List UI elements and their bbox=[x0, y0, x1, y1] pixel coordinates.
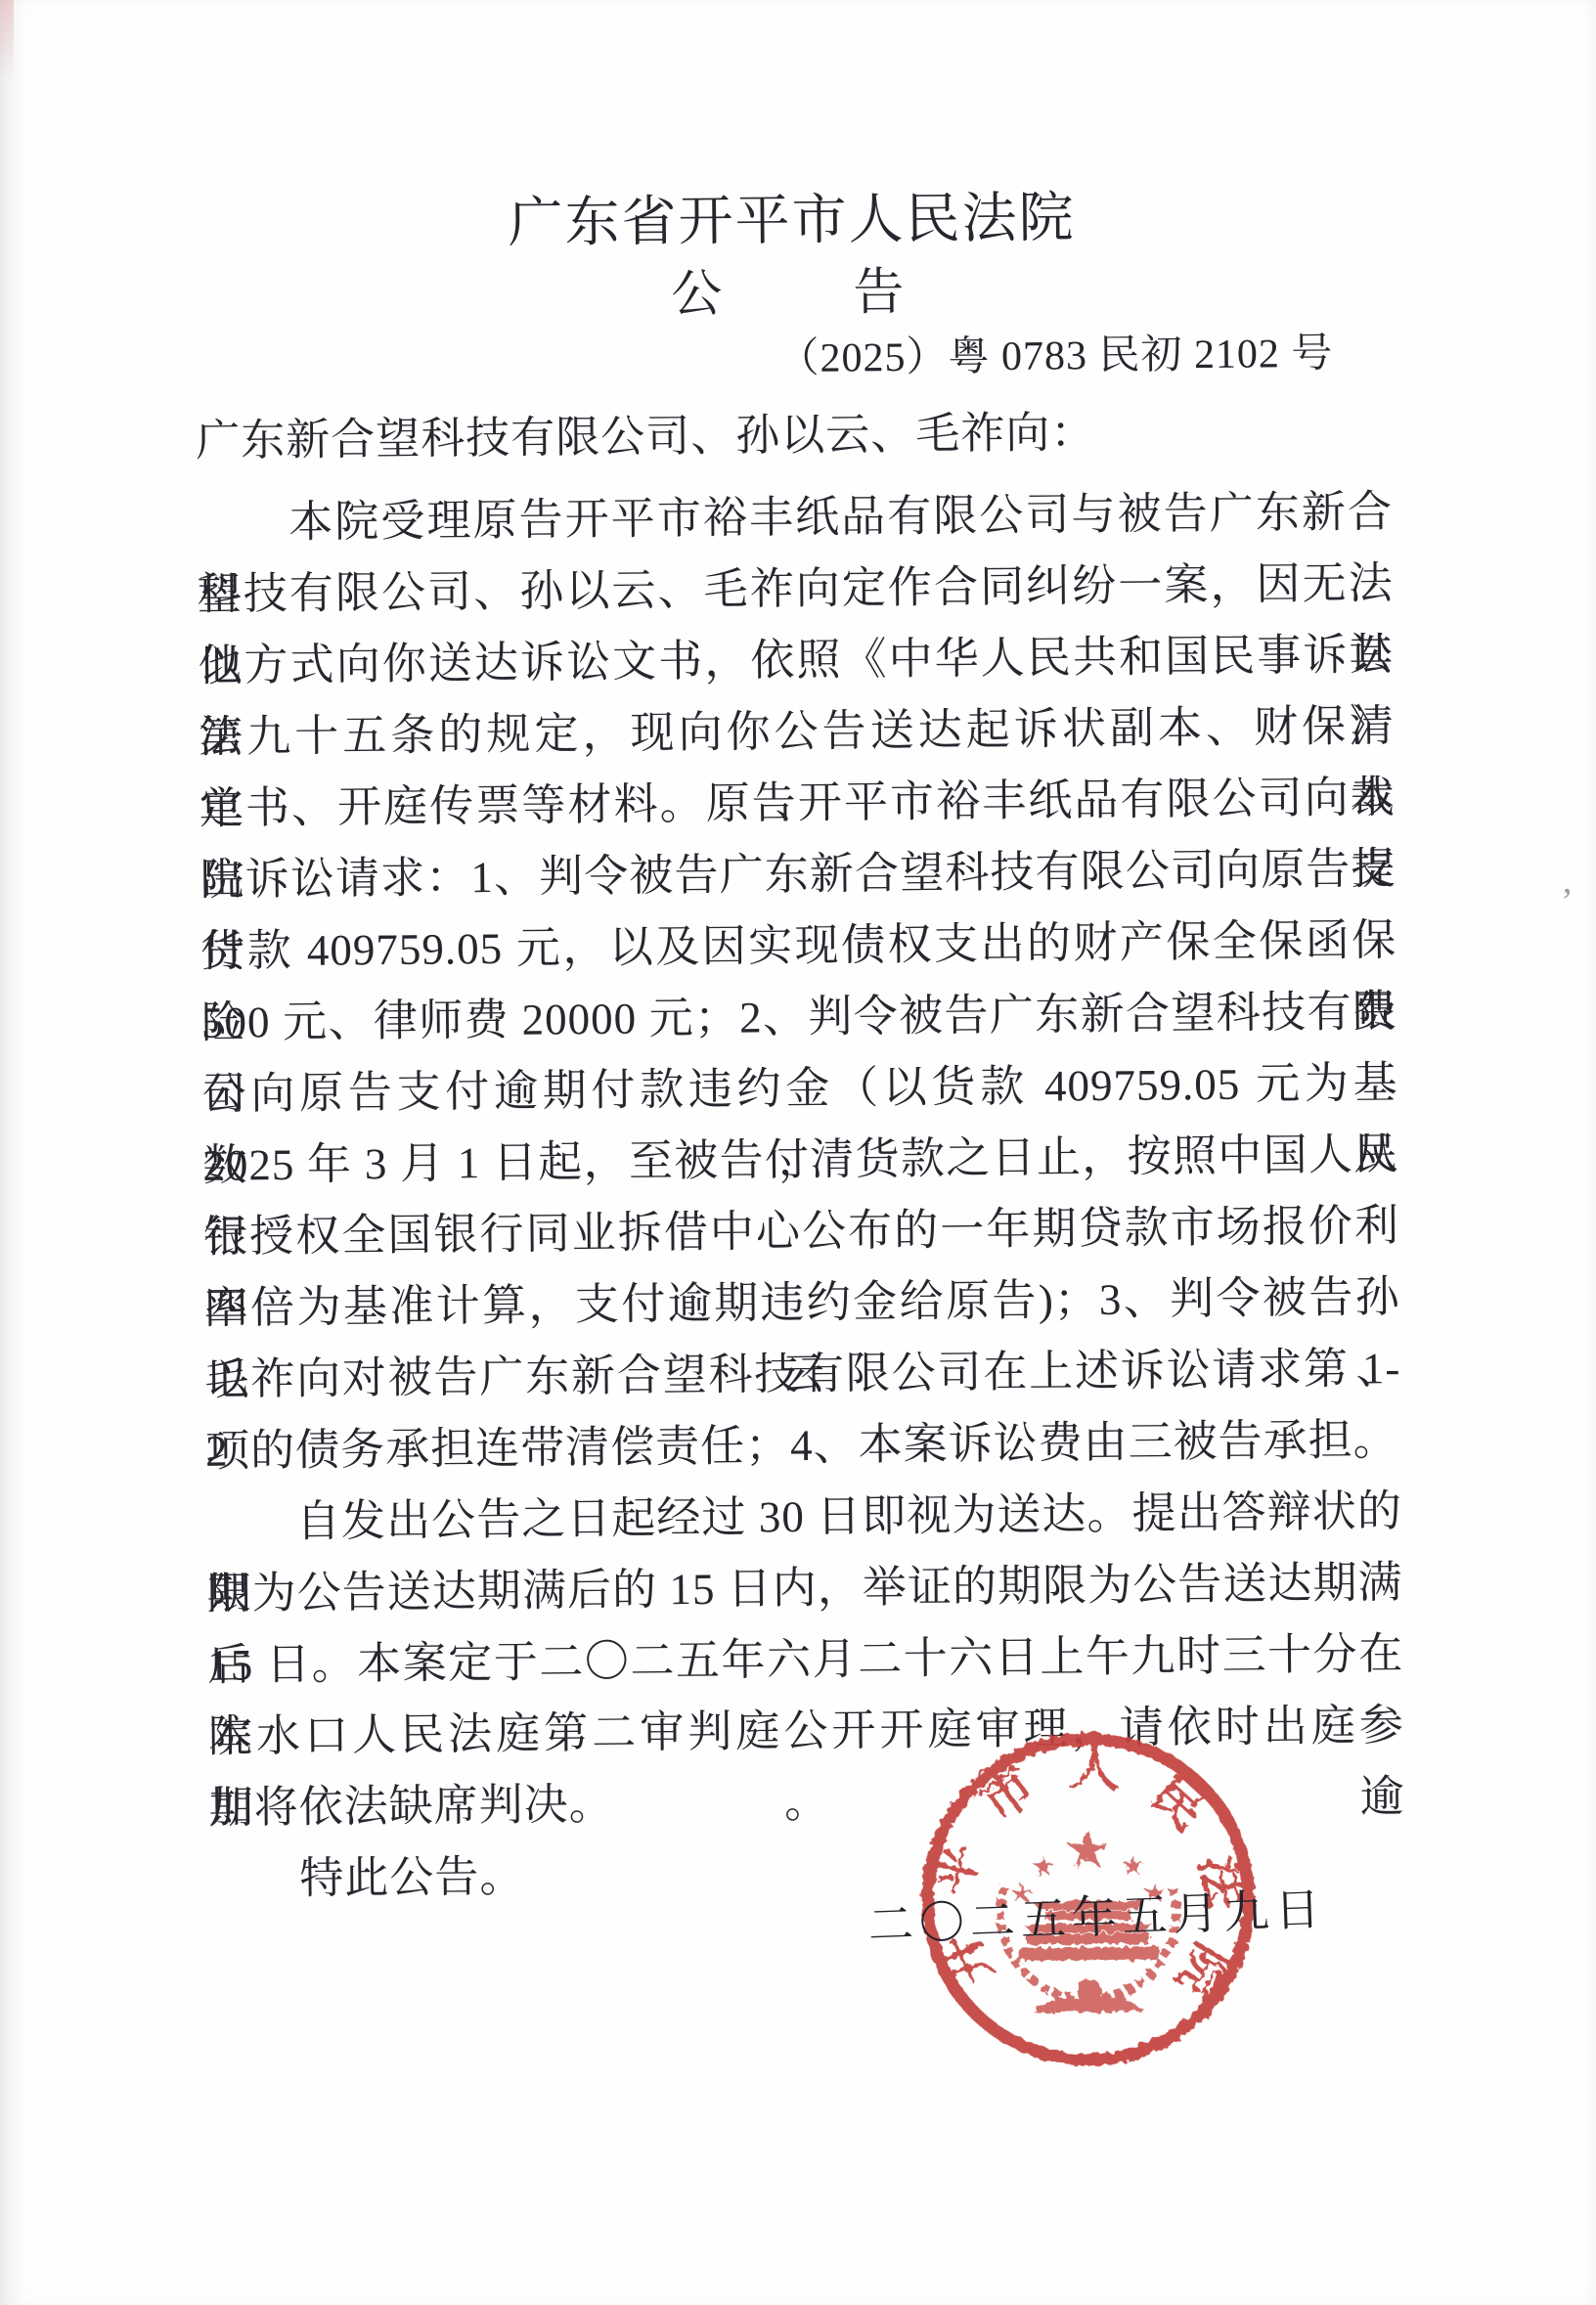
body-line: 定书、开庭传票等材料。原告开平市裕丰纸品有限公司向本院提 bbox=[199, 762, 1396, 845]
notice-body: 本院受理原告开平市裕丰纸品有限公司与被告广东新合望 科技有限公司、孙以云、毛祚向… bbox=[197, 476, 1406, 1916]
body-line: 项的债务承担连带清偿责任；4、本案诉讼费由三被告承担。 bbox=[205, 1404, 1402, 1487]
body-line: 行授权全国银行同业拆借中心公布的一年期贷款市场报价利率 bbox=[203, 1190, 1400, 1273]
body-line: 本院受理原告开平市裕丰纸品有限公司与被告广东新合望 bbox=[197, 476, 1394, 559]
body-line: 四倍为基准计算，支付逾期违约金给原告)；3、判令被告孙以云、 bbox=[203, 1262, 1400, 1345]
body-line: 科技有限公司、孙以云、毛祚向定作合同纠纷一案，因无法以其 bbox=[197, 548, 1394, 631]
notice-title: 公 告 bbox=[195, 259, 1392, 330]
document-page: ’ 广东省开平市人民法院 公 告 （2025）粤 0783 民初 2102 号 … bbox=[0, 0, 1596, 2305]
body-line: 司向原告支付逾期付款违约金（以货款 409759.05 元为基数，从 bbox=[201, 1047, 1398, 1130]
notice-content: 广东省开平市人民法院 公 告 （2025）粤 0783 民初 2102 号 广东… bbox=[0, 0, 1596, 2305]
body-line: 货款 409759.05 元，以及因实现债权支出的财产保全保函保险费 bbox=[200, 905, 1397, 988]
body-line: 限为公告送达期满后的 15 日内，举证的期限为公告送达期满后 bbox=[206, 1547, 1403, 1630]
addressee-line: 广东新合望科技有限公司、孙以云、毛祚向： bbox=[196, 394, 1393, 477]
body-line: 出诉讼请求：1、判令被告广东新合望科技有限公司向原告支付 bbox=[199, 833, 1396, 916]
scan-edge-artifact bbox=[0, 0, 14, 94]
court-title: 广东省开平市人民法院 bbox=[194, 184, 1391, 258]
body-line: 2025 年 3 月 1 日起，至被告付清货款之日止，按照中国人民银 bbox=[202, 1119, 1399, 1202]
body-line: 自发出公告之日起经过 30 日即视为送达。提出答辩状的期 bbox=[206, 1476, 1403, 1559]
case-number: （2025）粤 0783 民初 2102 号 bbox=[195, 328, 1391, 390]
body-line: 毛祚向对被告广东新合望科技有限公司在上述诉讼请求第 1-2 bbox=[204, 1333, 1401, 1416]
scan-speck-artifact: ’ bbox=[1561, 880, 1574, 923]
body-line: 他方式向你送达诉讼文书，依照《中华人民共和国民事诉讼法》 bbox=[198, 619, 1395, 702]
body-line: 第九十五条的规定，现向你公告送达起诉状副本、财保清单、裁 bbox=[199, 690, 1396, 774]
body-line: 15 日。本案定于二〇二五年六月二十六日上午九时三十分在本 bbox=[207, 1618, 1404, 1702]
body-line: 500 元、律师费 20000 元；2、判令被告广东新合望科技有限公 bbox=[201, 976, 1398, 1059]
